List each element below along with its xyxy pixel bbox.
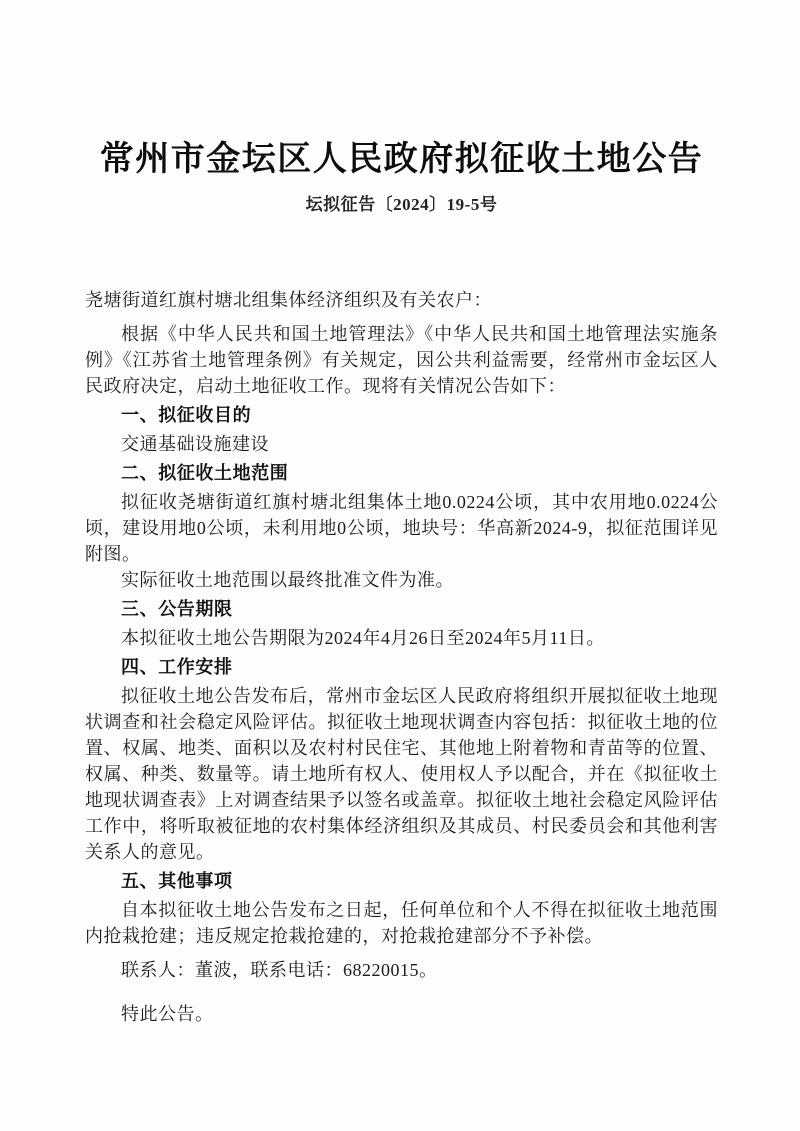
section-heading-period: 三、公告期限 xyxy=(85,596,718,622)
section-heading-arrangement: 四、工作安排 xyxy=(85,654,718,680)
notice-title: 常州市金坛区人民政府拟征收土地公告 xyxy=(85,140,718,180)
section-heading-purpose: 一、拟征收目的 xyxy=(85,402,718,428)
contact-line: 联系人：董波，联系电话：68220015。 xyxy=(85,957,718,983)
section-paragraph-purpose: 交通基础设施建设 xyxy=(85,431,718,457)
notice-page: 常州市金坛区人民政府拟征收土地公告 坛拟征告〔2024〕19-5号 尧塘街道红旗… xyxy=(0,0,800,1131)
section-paragraph-arrangement: 拟征收土地公告发布后，常州市金坛区人民政府将组织开展拟征收土地现状调查和社会稳定… xyxy=(85,683,718,865)
section-paragraph-scope-2: 实际征收土地范围以最终批准文件为准。 xyxy=(85,567,718,593)
section-paragraph-scope-1: 拟征收尧塘街道红旗村塘北组集体土地0.0224公顷，其中农用地0.0224公顷，… xyxy=(85,489,718,567)
intro-paragraph: 根据《中华人民共和国土地管理法》《中华人民共和国土地管理法实施条例》《江苏省土地… xyxy=(85,321,718,399)
section-heading-scope: 二、拟征收土地范围 xyxy=(85,460,718,486)
section-paragraph-period: 本拟征收土地公告期限为2024年4月26日至2024年5月11日。 xyxy=(85,625,718,651)
doc-number: 坛拟征告〔2024〕19-5号 xyxy=(85,195,718,215)
section-paragraph-other: 自本拟征收土地公告发布之日起，任何单位和个人不得在拟征收土地范围内抢栽抢建；违反… xyxy=(85,897,718,949)
salutation-line: 尧塘街道红旗村塘北组集体经济组织及有关农户： xyxy=(85,287,718,313)
section-heading-other: 五、其他事项 xyxy=(85,868,718,894)
closing-line: 特此公告。 xyxy=(85,1001,718,1027)
